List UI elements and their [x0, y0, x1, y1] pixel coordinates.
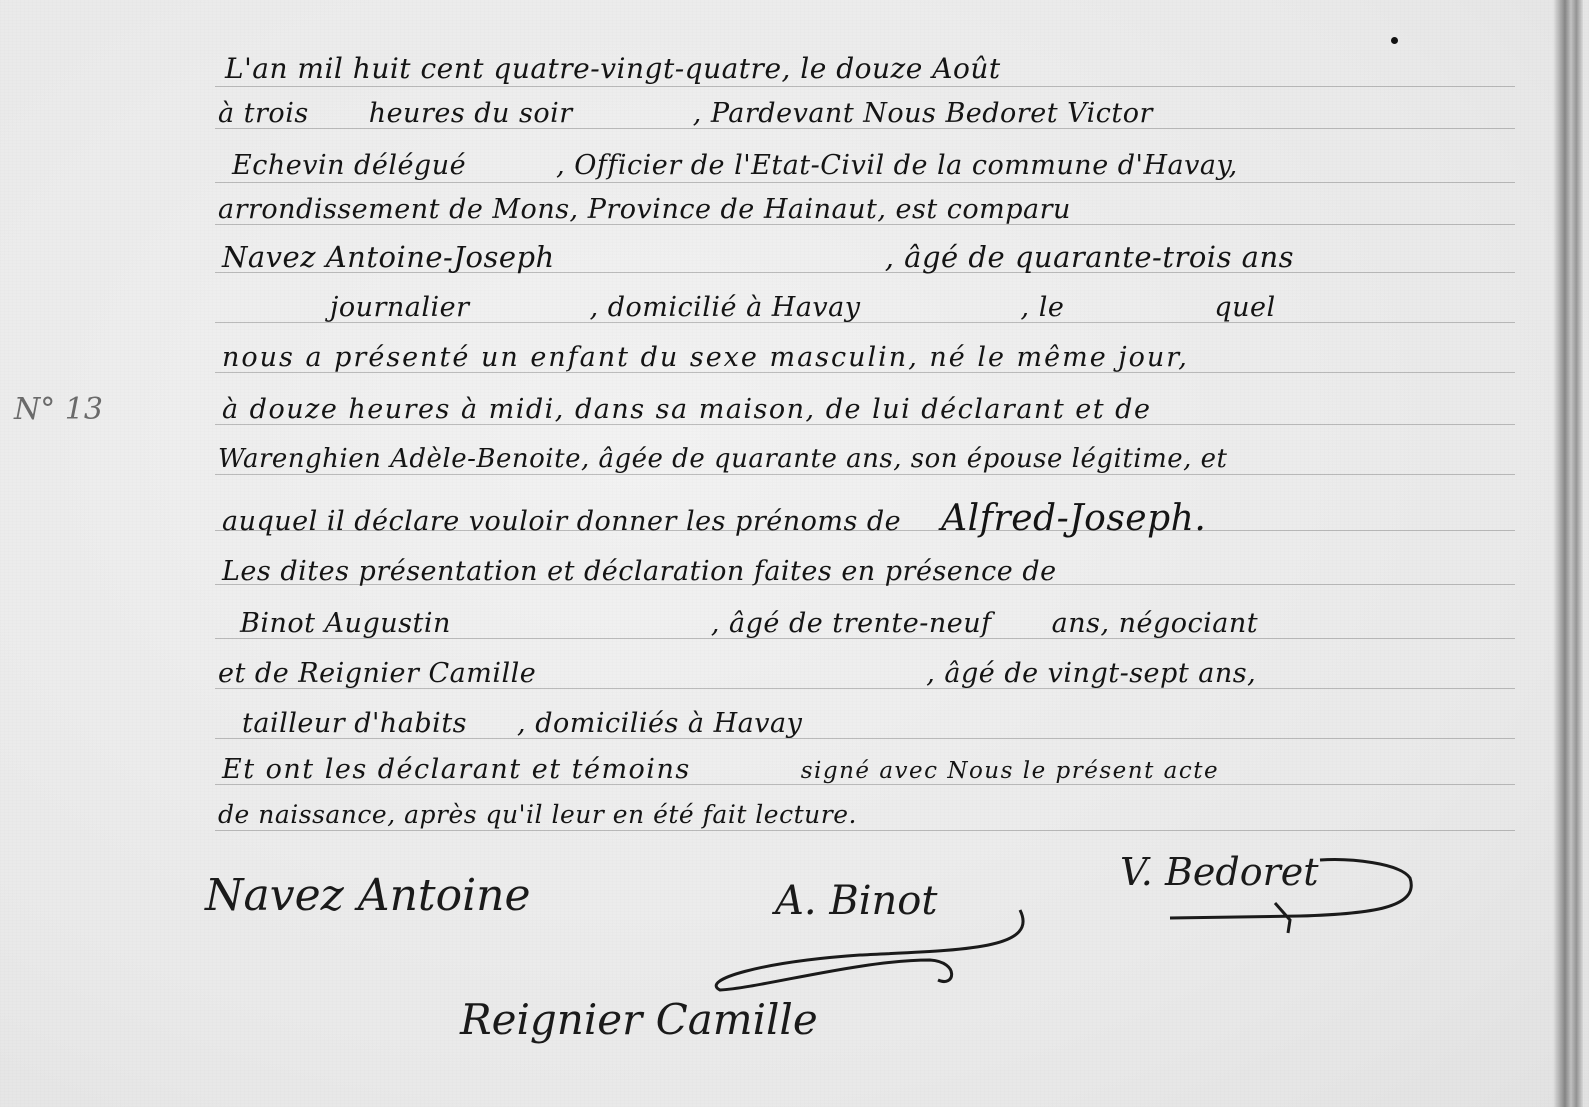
text-line-3: Echevin délégué, Officier de l'Etat-Civi…	[232, 150, 1238, 181]
ink-dot	[1391, 37, 1398, 44]
text-line-16: de naissance, après qu'il leur en été fa…	[218, 800, 857, 829]
officer-signature-underline	[1170, 858, 1430, 938]
ruled-line	[215, 474, 1515, 475]
text-line-6: journalier, domicilié à Havay, lequel	[330, 292, 1276, 323]
text-line-13: et de Reignier Camille, âgé de vingt-sep…	[218, 658, 1256, 689]
text-line-11: Les dites présentation et déclaration fa…	[222, 556, 1057, 587]
ruled-line	[215, 182, 1515, 183]
text-line-5: Navez Antoine-Joseph, âgé de quarante-tr…	[222, 240, 1294, 274]
signature-declarant: Navez Antoine	[205, 870, 531, 921]
text-line-2: à troisheures du soir, Pardevant Nous Be…	[218, 98, 1153, 129]
text-line-12: Binot Augustin, âgé de trente-neufans, n…	[240, 608, 1258, 639]
ruled-line	[215, 830, 1515, 831]
text-line-10: auquel il déclare vouloir donner les pré…	[222, 498, 1206, 539]
text-line-15: Et ont les déclarant et témoinssigné ave…	[222, 754, 1219, 785]
record-number: N° 13	[14, 392, 103, 427]
signature-flourish	[700, 900, 1040, 990]
binding-fold	[1553, 0, 1583, 1107]
text-line-1: L'an mil huit cent quatre-vingt-quatre, …	[225, 52, 1001, 85]
text-line-7: nous a présenté un enfant du sexe mascul…	[222, 342, 1189, 373]
text-line-4: arrondissement de Mons, Province de Hain…	[218, 194, 1071, 225]
register-page: N° 13 L'an mil huit cent quatre-vingt-qu…	[0, 0, 1589, 1107]
text-line-8: à douze heures à midi, dans sa maison, d…	[222, 394, 1151, 425]
text-line-14: tailleur d'habits, domiciliés à Havay	[242, 708, 802, 739]
text-line-9: Warenghien Adèle-Benoite, âgée de quaran…	[218, 444, 1228, 474]
signature-witness-2: Reignier Camille	[460, 995, 818, 1044]
ruled-line	[215, 86, 1515, 87]
